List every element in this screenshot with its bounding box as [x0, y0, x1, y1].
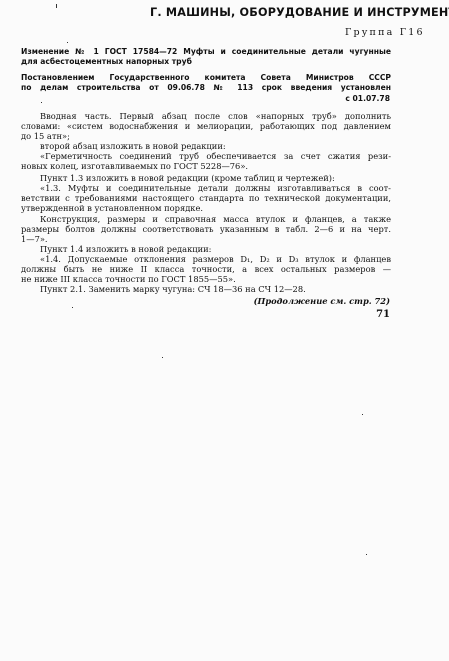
scan-speck: [362, 414, 363, 415]
body-line: Вводная часть. Первый абзац после слов «…: [40, 111, 391, 121]
body-line: второй абзац изложить в новой редакции:: [40, 141, 391, 151]
body-line: размеры болтов должны соответствовать ук…: [21, 224, 391, 234]
body-line: новых колец, изготавливаемых по ГОСТ 522…: [21, 161, 391, 171]
body-line: не ниже III класса точности по ГОСТ 1855…: [21, 274, 391, 284]
scan-speck: [72, 307, 73, 308]
body-line: «Герметичность соединений труб обеспечив…: [40, 151, 391, 161]
body-line: должны быть не ниже II класса точности, …: [21, 264, 391, 274]
change-title-line-2: для асбестоцементных напорных труб: [21, 57, 391, 66]
body-line: «1.3. Муфты и соединительные детали долж…: [40, 183, 391, 193]
scan-speck: [41, 102, 42, 103]
body-line: ветствии с требованиями настоящего станд…: [21, 193, 391, 203]
scan-speck: [366, 554, 367, 555]
resolution-line-2: по делам строительства от 09.06.78 № 113…: [21, 83, 391, 92]
scan-speck: [162, 357, 163, 358]
group-label: Группа Г16: [345, 27, 425, 38]
body-line: Пункт 2.1. Заменить марку чугуна: СЧ 18—…: [40, 284, 391, 294]
body-line: «1.4. Допускаемые отклонения размеров D₁…: [40, 254, 391, 264]
page-number: 71: [376, 309, 390, 320]
continuation-note: (Продолжение см. стр. 72): [20, 296, 390, 306]
body-line: Пункт 1.3 изложить в новой редакции (кро…: [40, 173, 391, 183]
body-line: до 15 атн»;: [21, 131, 391, 141]
body-line: Пункт 1.4 изложить в новой редакции:: [40, 244, 391, 254]
body-line: утвержденной в установленном порядке.: [21, 203, 391, 213]
body-line: словами: «систем водоснабжения и мелиора…: [21, 121, 391, 131]
scan-speck: [56, 4, 57, 8]
body-line: Конструкция, размеры и справочная масса …: [40, 214, 391, 224]
section-header: Г. МАШИНЫ, ОБОРУДОВАНИЕ И ИНСТРУМЕНТ: [150, 6, 449, 19]
change-title-line-1: Изменение № 1 ГОСТ 17584—72 Муфты и соед…: [21, 47, 391, 56]
resolution-line-1: Постановлением Государственного комитета…: [21, 73, 391, 82]
effective-date: с 01.07.78: [20, 94, 390, 103]
scan-speck: [67, 42, 68, 43]
body-line: 1—7».: [21, 234, 391, 244]
